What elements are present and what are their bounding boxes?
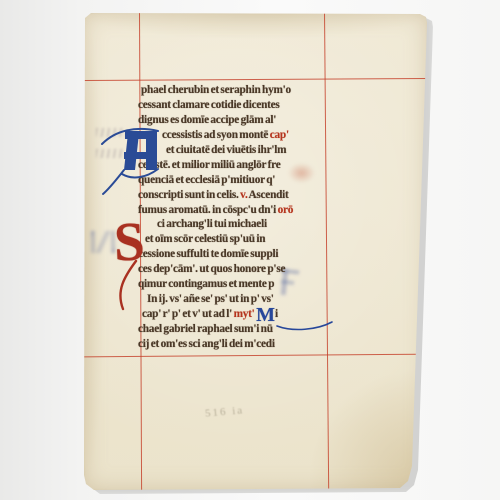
text-line-9: fumus aromatū. in cōspc'u dn'i orō (138, 203, 346, 218)
text-segment: fumus aromatū. in cōspc'u dn'i (138, 204, 278, 216)
text-line-13: ces dep'cām'. ut quos honore p'se (138, 262, 346, 277)
text-line-2: cessant clamare cotidie dicentes (138, 98, 346, 113)
text-segment: orō (278, 204, 294, 216)
text-line-12: cessione suffulti te domīe suppli (138, 247, 346, 262)
text-segment: ci archang'li tui michaeli (157, 218, 267, 230)
text-segment: cap' (270, 129, 289, 141)
text-segment: i (275, 308, 278, 320)
text-segment: ccessistis ad syon montē (162, 129, 270, 141)
text-line-10: ci archang'li tui michaeli (138, 217, 346, 232)
ruling-line-horizontal-top (82, 78, 429, 81)
manuscript-leaf: phael cherubin et seraphin hym'ocessant … (82, 11, 429, 492)
text-line-15: In ij. vs' añe se' ps' ut in p' vs' (138, 292, 346, 307)
text-segment: In ij. vs' añe se' ps' ut in p' vs' (147, 293, 274, 305)
text-line-14: qimur contingamus et mente p (138, 277, 346, 292)
text-segment: cij et om'es sci ang'li dei m'cedi (138, 338, 275, 350)
ruling-line-horizontal-bottom (82, 354, 429, 358)
text-segment: myt' (234, 308, 257, 320)
text-line-1: phael cherubin et seraphin hym'o (138, 83, 346, 98)
text-segment: et oīm scōr celestiū sp'uū in (145, 233, 265, 245)
text-segment: cessant clamare cotidie dicentes (138, 99, 280, 111)
text-line-11: et oīm scōr celestiū sp'uū in (138, 232, 346, 247)
pencil-inscription: 516 ia (205, 404, 245, 419)
text-segment: phael cherubin et seraphin hym'o (141, 84, 291, 96)
initial-a-glyph (98, 117, 172, 197)
show-through-blue-mark (91, 231, 115, 253)
text-segment: cap' r' p' et v' ut ad l' (142, 308, 234, 320)
initial-s-tail-flourish (106, 253, 150, 315)
text-segment: chael gabriel raphael sum'i nū (138, 323, 273, 335)
initial-m-swash-flourish (275, 320, 335, 334)
text-segment: et ciuitatē dei viuētis ihr'lm (166, 144, 286, 156)
text-segment: cessione suffulti te domīe suppli (138, 248, 278, 260)
text-segment: ces dep'cām'. ut quos honore p'se (138, 263, 285, 275)
photograph-background: phael cherubin et seraphin hym'ocessant … (0, 0, 500, 500)
text-segment: qimur contingamus et mente p (138, 278, 274, 290)
text-segment: Ascendit (248, 189, 288, 201)
text-line-18: cij et om'es sci ang'li dei m'cedi (138, 337, 346, 352)
